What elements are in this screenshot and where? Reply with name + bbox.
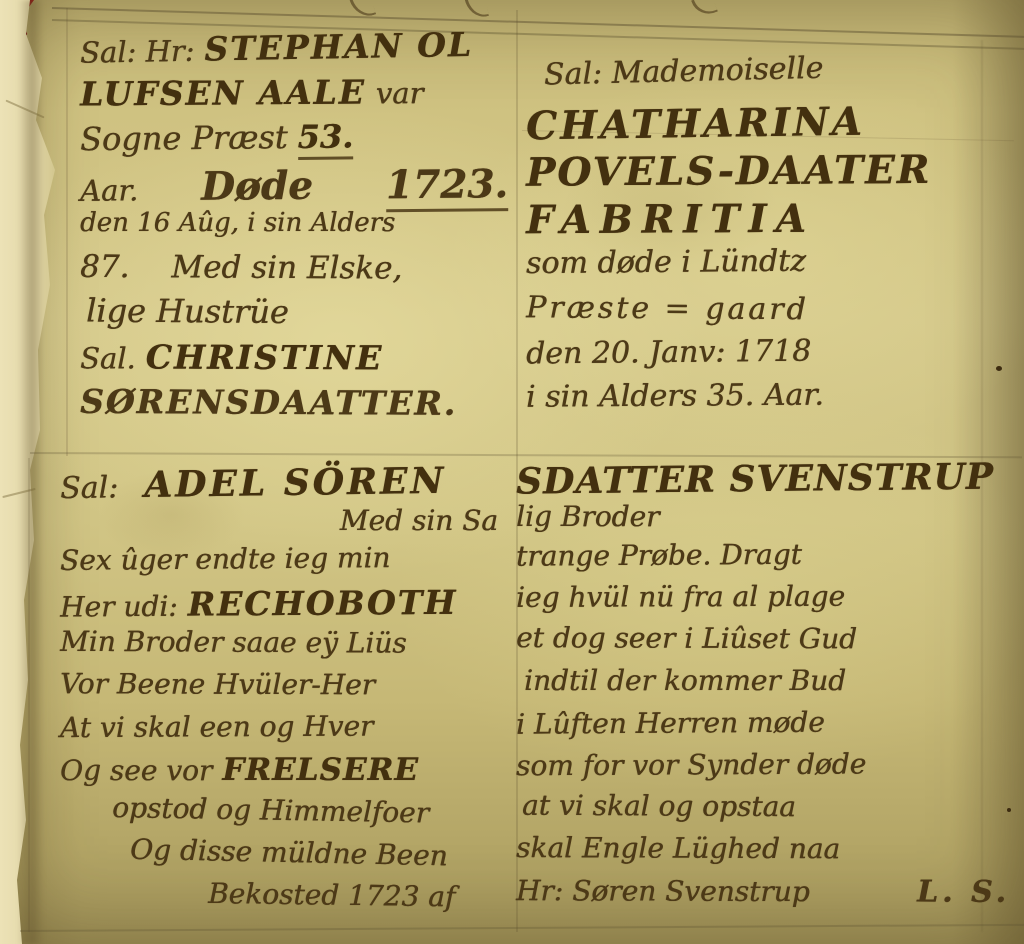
name-text: LUFSEN AALE (80, 72, 366, 113)
manuscript-line: Vor Beene Hvüler-Her (60, 667, 512, 711)
manuscript-line: LUFSEN AALE var (80, 72, 508, 120)
verse-text: Her udi: (60, 590, 178, 624)
verse-text: trange Prøbe. Dragt (516, 538, 802, 573)
entry-adel-svenstrup-left: Sal: ADEL SÖREN Med sin Sa Sex ûger endt… (60, 462, 512, 920)
honorific-text: Sal: Hr: (80, 34, 195, 70)
verse-text: et dog seer i Liûset Gud (516, 621, 857, 655)
body-text: lige Hustrüe (86, 292, 289, 331)
manuscript-line: Hr: Søren Svenstrup L. S. (516, 873, 1016, 917)
manuscript-line: ieg hvül nü fra al plage (516, 579, 1016, 623)
manuscript-line: Præste = gaard (526, 290, 1014, 335)
verse-text: som for vor Synder døde (516, 747, 866, 782)
entry-stephan-aale: Sal: Hr: STEPHAN OL LUFSEN AALE var Sogn… (80, 28, 508, 428)
name-text: SØRENSDAATTER. (80, 382, 457, 423)
verse-text: at vi skal og opstaa (522, 789, 796, 823)
body-text: som døde i Lündtz (526, 244, 806, 281)
descender-tail (691, 0, 718, 19)
body-text: lig Broder (516, 500, 659, 533)
body-text: var (376, 76, 424, 110)
manuscript-line: POVELS-DAATER (526, 146, 1014, 197)
manuscript-line: Aar. Døde 1723. (80, 161, 508, 210)
manuscript-line: som døde i Lündtz (526, 242, 1014, 294)
place-name-text: RECHOBOTH (187, 583, 457, 624)
seal-mark: L. S. (917, 875, 1016, 910)
manuscript-line: at vi skal og opstaa (516, 789, 1016, 834)
manuscript-line: trange Prøbe. Dragt (516, 536, 1016, 581)
age-number: 87. (80, 249, 130, 285)
manuscript-line: Og see vor FRELSERE (60, 752, 512, 794)
verse-text: opstod og Himmelfoer (112, 791, 429, 830)
manuscript-line: SDATTER SVENSTRUP (516, 455, 1016, 502)
verse-text: Sex ûger endte ieg min (60, 541, 391, 577)
name-text: POVELS-DAATER (526, 147, 931, 196)
verse-text: Og disse müldne Been (130, 833, 448, 873)
manuscript-line: Sogne Præst 53. (80, 116, 508, 165)
manuscript-line: 87. Med sin Elske, (80, 249, 508, 294)
name-text: FRELSERE (222, 752, 419, 788)
verse-text: indtil der kommer Bud (524, 664, 846, 697)
entry-adel-svenstrup-right: SDATTER SVENSTRUP lig Broder trange Prøb… (516, 458, 1016, 916)
manuscript-line: Med sin Sa (60, 504, 512, 542)
manuscript-line: CHATHARINA (526, 97, 1015, 152)
manuscript-line: i sin Alders 35. Aar. (526, 376, 1014, 427)
age-number: 53. (297, 117, 353, 160)
ruled-line-bottom (20, 924, 1024, 932)
manuscript-line: At vi skal een og Hver (60, 709, 512, 753)
body-text: Præste = gaard (526, 290, 809, 327)
honorific-text: Sal: (60, 470, 119, 506)
honorific-text: Sal: Mademoiselle (543, 51, 823, 93)
manuscript-photo: Sal: Hr: STEPHAN OL LUFSEN AALE var Sogn… (0, 0, 1024, 944)
body-text: Med sin Sa (340, 504, 498, 537)
verse-text: ieg hvül nü fra al plage (516, 580, 845, 614)
honorific-text: Sal. (80, 341, 136, 375)
verse-text: At vi skal een og Hver (60, 710, 374, 745)
verse-text: Min Broder saae eÿ Liüs (60, 625, 407, 660)
descender-tail (464, 0, 489, 20)
name-text: FABRITIA (526, 196, 815, 244)
verse-text: skal Engle Lüghed naa (516, 831, 840, 865)
manuscript-line: i Lûften Herren møde (516, 704, 1016, 749)
name-text: CHATHARINA (526, 99, 865, 150)
ruled-line-left-vertical (66, 8, 68, 456)
verse-text: Og see vor (60, 754, 212, 787)
manuscript-line: et dog seer i Liûset Gud (516, 621, 1016, 665)
manuscript-line: Her udi: RECHOBOTH (60, 582, 512, 627)
body-text: Med sin Elske, (171, 249, 402, 286)
body-text: den 16 Aûg, i sin Alders (80, 208, 395, 238)
manuscript-line: Sex ûger endte ieg min (60, 540, 512, 586)
manuscript-line: SØRENSDAATTER. (80, 382, 508, 429)
manuscript-line: indtil der kommer Bud (516, 664, 1016, 706)
name-text: STEPHAN OL (204, 25, 473, 69)
body-text: Sogne Præst (80, 118, 288, 158)
manuscript-line: Bekosted 1723 af (60, 875, 513, 923)
entry-chatharina-fabritia: Sal: Mademoiselle CHATHARINA POVELS-DAAT… (526, 52, 1014, 426)
manuscript-line: lige Hustrüe (80, 292, 508, 340)
verse-text: Bekosted 1723 af (208, 877, 456, 913)
manuscript-line: FABRITIA (526, 195, 1014, 246)
manuscript-line: Sal: ADEL SÖREN (60, 459, 513, 507)
manuscript-line: lig Broder (516, 500, 1016, 538)
name-text: CHRISTINE (146, 337, 384, 377)
manuscript-line: Min Broder saae eÿ Liüs (60, 625, 512, 669)
torn-edge-shadow (18, 0, 44, 944)
manuscript-line: Sal. CHRISTINE (80, 337, 508, 383)
name-text: SDATTER SVENSTRUP (516, 456, 994, 503)
death-date-text: den 20. Janv: 1718 (526, 334, 812, 372)
name-text: ADEL SÖREN (144, 460, 447, 506)
manuscript-line: Sal: Hr: STEPHAN OL (80, 24, 509, 76)
manuscript-line: som for vor Synder døde (516, 747, 1016, 792)
ruled-line-left-vertical (28, 458, 30, 932)
death-text: Døde (201, 163, 313, 210)
death-year: 1723. (386, 161, 509, 212)
manuscript-line: den 16 Aûg, i sin Alders (80, 208, 508, 250)
manuscript-line: den 20. Janv: 1718 (526, 331, 1014, 380)
age-text: i sin Alders 35. Aar. (526, 378, 824, 415)
verse-text: Vor Beene Hvüler-Her (60, 667, 375, 701)
body-text: Aar. (80, 173, 138, 208)
verse-text: i Lûften Herren møde (516, 706, 825, 741)
signature-text: Hr: Søren Svenstrup (516, 874, 810, 908)
manuscript-line: skal Engle Lüghed naa (516, 831, 1016, 875)
